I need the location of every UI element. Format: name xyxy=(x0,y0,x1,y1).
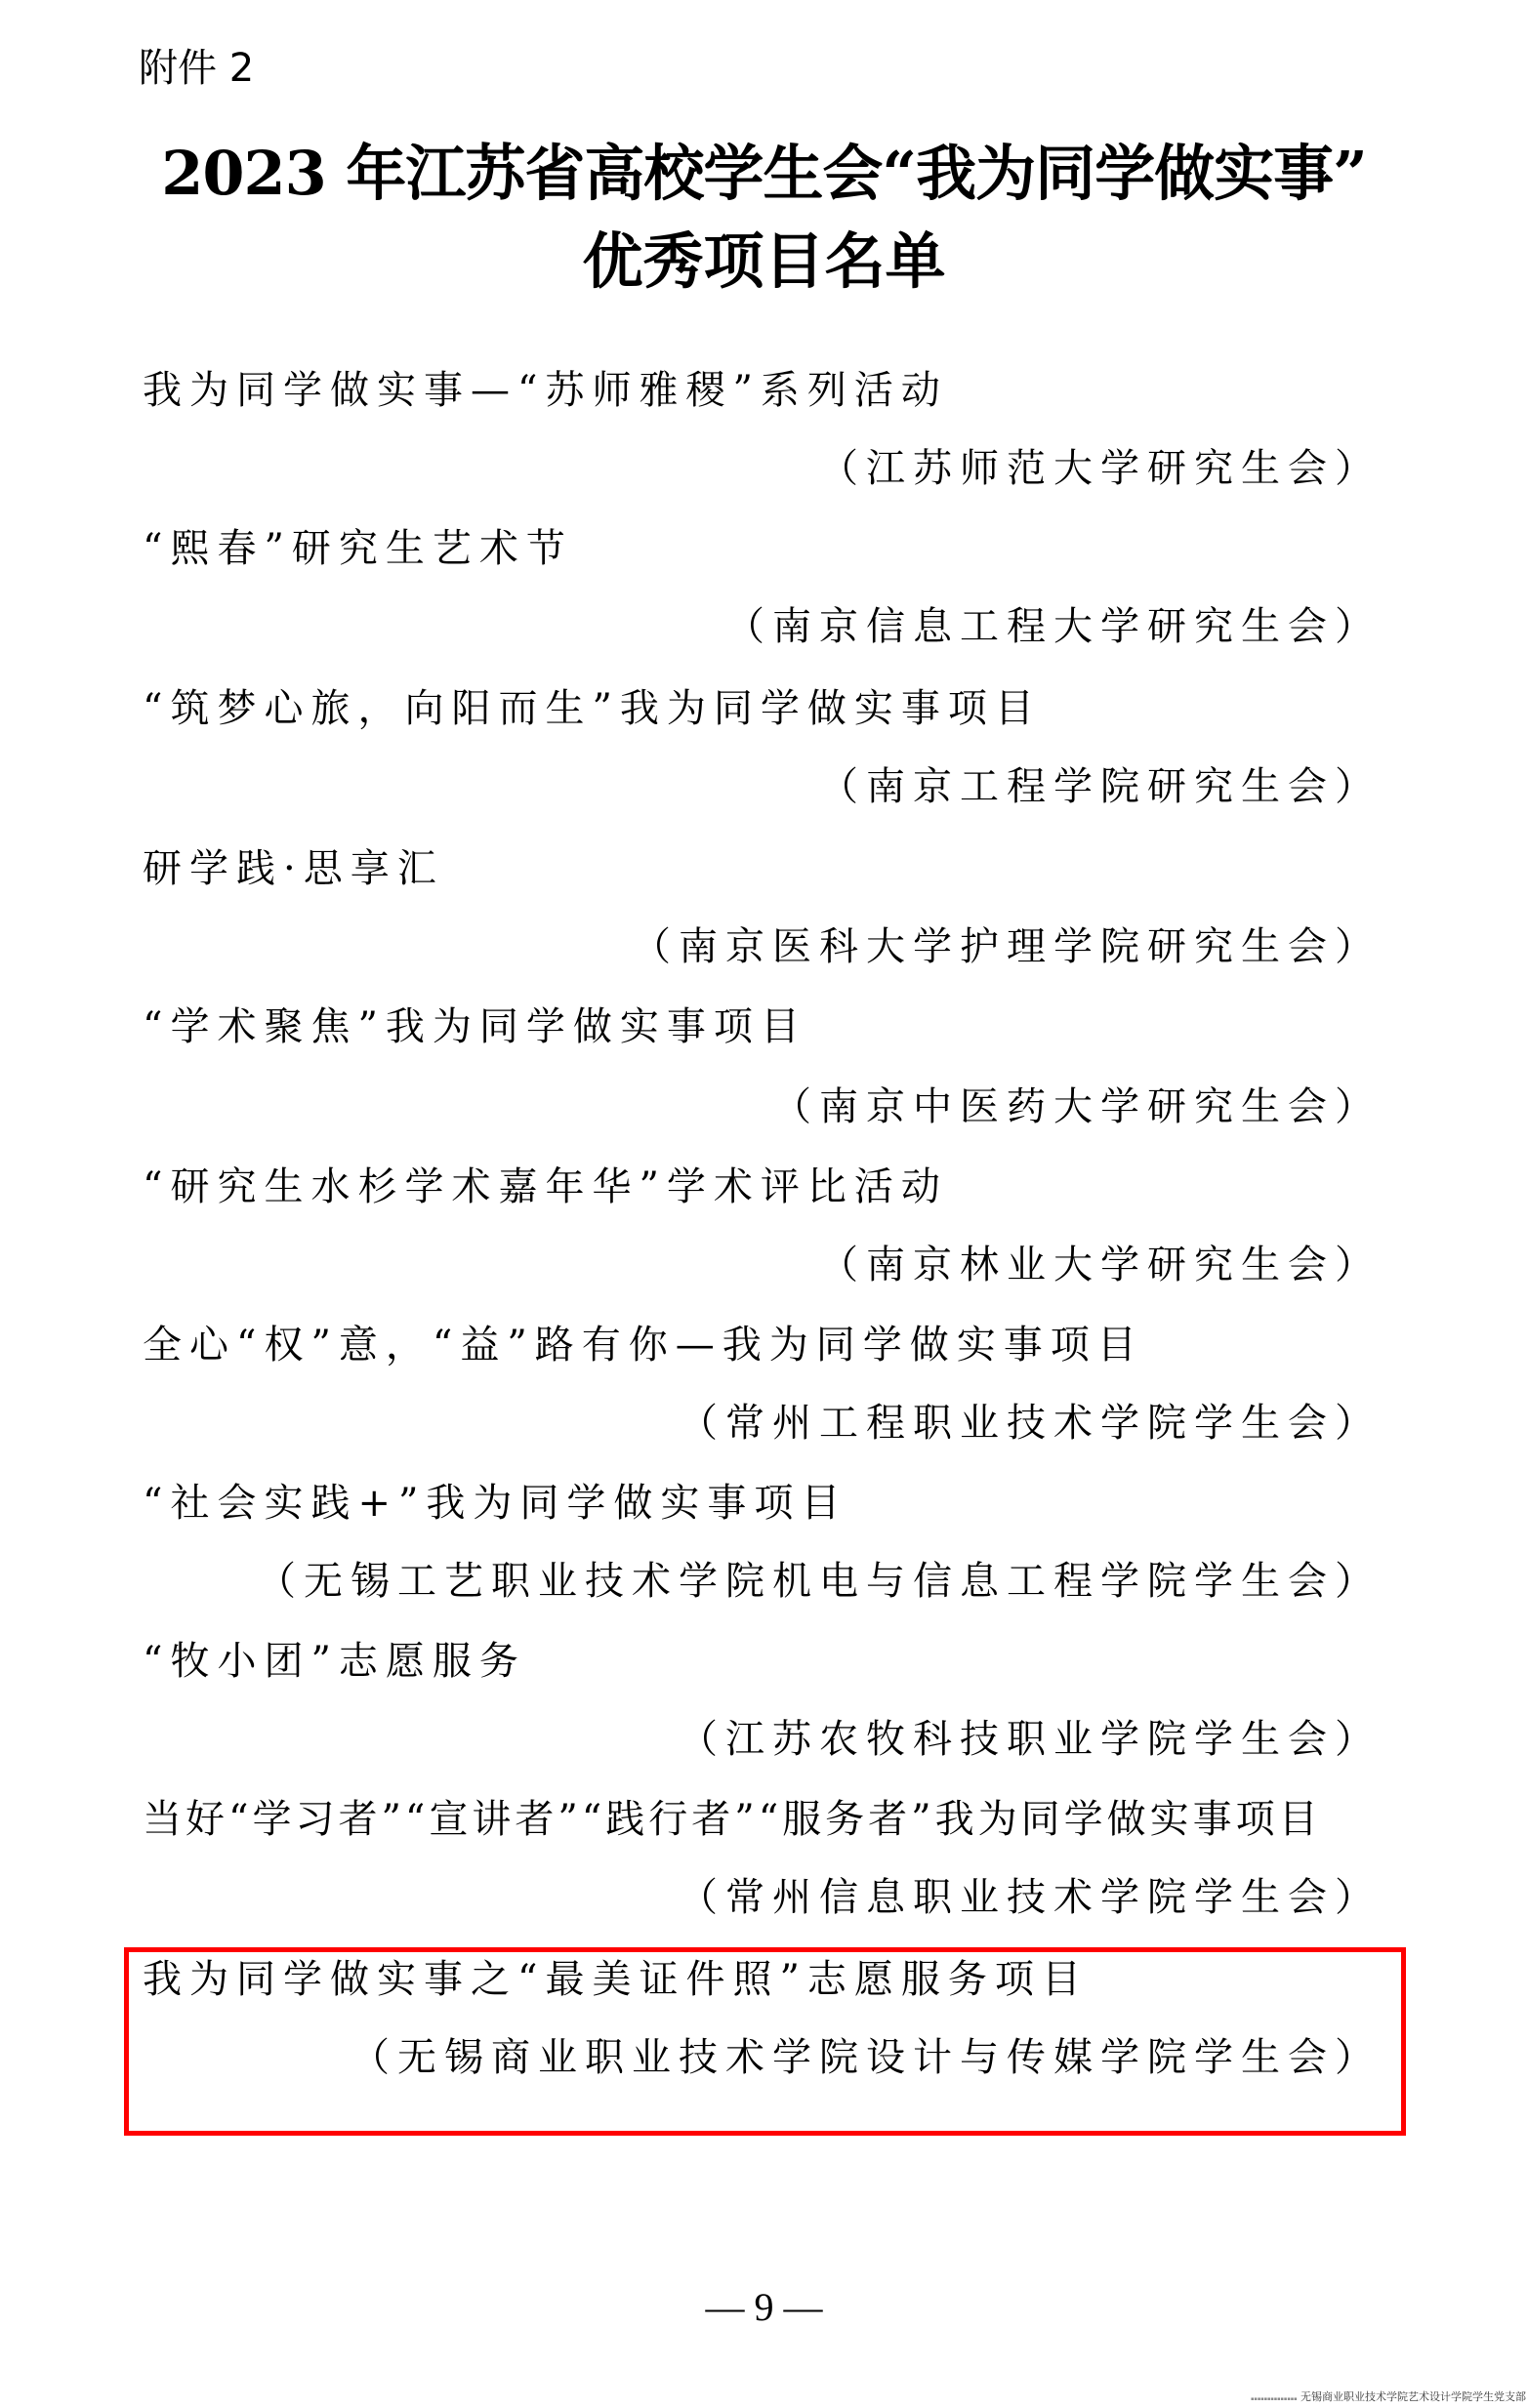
document-title-line1: 2023 年江苏省高校学生会“我为同学做实事” xyxy=(0,135,1528,213)
watermark-text: 无锡商业职业技术学院艺术设计学院学生党支部 xyxy=(1301,2390,1526,2403)
project-org: （江苏师范大学研究生会） xyxy=(819,441,1382,496)
document-title-line2: 优秀项目名单 xyxy=(0,223,1528,301)
project-org: （常州信息职业技术学院学生会） xyxy=(679,1870,1382,1925)
project-org: （无锡工艺职业技术学院机电与信息工程学院学生会） xyxy=(257,1554,1382,1609)
project-name: 我为同学做实事—“苏师雅稷”系列活动 xyxy=(143,363,948,418)
project-org: （江苏农牧科技职业学院学生会） xyxy=(679,1712,1382,1767)
watermark: ▪▪▪▪▪▪▪▪▪▪▪▪▪▪ 无锡商业职业技术学院艺术设计学院学生党支部 xyxy=(1251,2388,1526,2404)
project-org: （南京中医药大学研究生会） xyxy=(772,1080,1382,1134)
project-name: “筑梦心旅，向阳而生”我为同学做实事项目 xyxy=(143,681,1042,736)
project-name: “牧小团”志愿服务 xyxy=(143,1634,526,1689)
watermark-logo-icon: ▪▪▪▪▪▪▪▪▪▪▪▪▪▪ xyxy=(1251,2396,1297,2402)
project-org: （南京工程学院研究生会） xyxy=(819,759,1382,814)
attachment-label: 附件 2 xyxy=(139,41,254,96)
project-org: （南京医科大学护理学院研究生会） xyxy=(632,919,1382,974)
project-name: “熙春”研究生艺术节 xyxy=(143,521,573,576)
project-name: 全心“权”意，“益”路有你—我为同学做实事项目 xyxy=(143,1318,1144,1372)
project-org: （南京信息工程大学研究生会） xyxy=(725,599,1382,654)
project-name: “学术聚焦”我为同学做实事项目 xyxy=(143,1000,807,1054)
page-number: — 9 — xyxy=(0,2280,1528,2335)
project-org: （南京林业大学研究生会） xyxy=(819,1238,1382,1292)
project-org-highlighted: （无锡商业职业技术学院设计与传媒学院学生会） xyxy=(351,2030,1382,2085)
project-name-highlighted: 我为同学做实事之“最美证件照”志愿服务项目 xyxy=(143,1952,1089,2007)
project-name: “研究生水杉学术嘉年华”学术评比活动 xyxy=(143,1160,948,1214)
project-name: 当好“学习者”“宣讲者”“践行者”“服务者”我为同学做实事项目 xyxy=(143,1792,1322,1847)
project-name: “社会实践+”我为同学做实事项目 xyxy=(143,1476,847,1531)
project-name: 研学践·思享汇 xyxy=(143,841,444,896)
project-org: （常州工程职业技术学院学生会） xyxy=(679,1396,1382,1450)
